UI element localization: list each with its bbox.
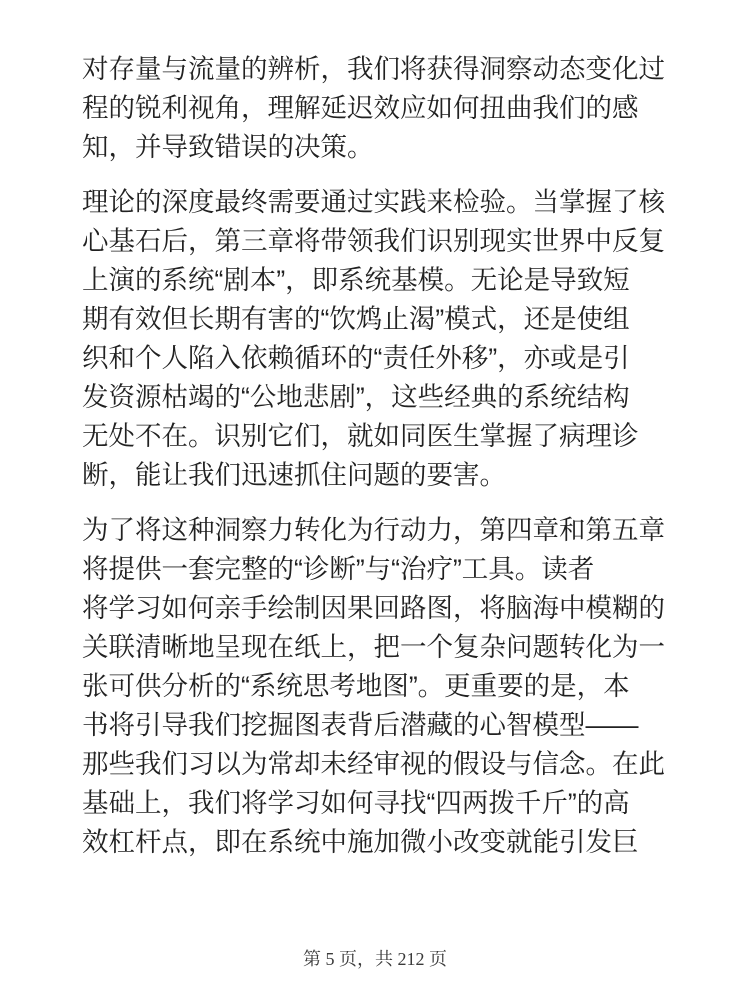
- text-line: 上演的系统“剧本”，即系统基模。无论是导致短: [82, 261, 672, 300]
- text-line: 无处不在。识别它们，就如同医生掌握了病理诊: [82, 417, 672, 456]
- paragraph: 对存量与流量的辨析，我们将获得洞察动态变化过程的锐利视角，理解延迟效应如何扭曲我…: [82, 50, 672, 167]
- text-line: 发资源枯竭的“公地悲剧”，这些经典的系统结构: [82, 378, 672, 417]
- text-line: 关联清晰地呈现在纸上，把一个复杂问题转化为一: [82, 628, 672, 667]
- text-line: 那些我们习以为常却未经审视的假设与信念。在此: [82, 745, 672, 784]
- text-line: 织和个人陷入依赖循环的“责任外移”，亦或是引: [82, 339, 672, 378]
- page-number-indicator: 第 5 页，共 212 页: [0, 946, 750, 972]
- text-line: 将学习如何亲手绘制因果回路图，将脑海中模糊的: [82, 589, 672, 628]
- paragraph: 为了将这种洞察力转化为行动力，第四章和第五章将提供一套完整的“诊断”与“治疗”工…: [82, 511, 672, 862]
- text-line: 理论的深度最终需要通过实践来检验。当掌握了核: [82, 183, 672, 222]
- text-line: 书将引导我们挖掘图表背后潜藏的心智模型——: [82, 706, 672, 745]
- text-line: 效杠杆点，即在系统中施加微小改变就能引发巨: [82, 823, 672, 862]
- text-line: 为了将这种洞察力转化为行动力，第四章和第五章: [82, 511, 672, 550]
- text-line: 知，并导致错误的决策。: [82, 128, 672, 167]
- text-line: 对存量与流量的辨析，我们将获得洞察动态变化过: [82, 50, 672, 89]
- paragraph: 理论的深度最终需要通过实践来检验。当掌握了核心基石后，第三章将带领我们识别现实世…: [82, 183, 672, 495]
- page-text-body: 对存量与流量的辨析，我们将获得洞察动态变化过程的锐利视角，理解延迟效应如何扭曲我…: [82, 50, 672, 878]
- text-line: 期有效但长期有害的“饮鸩止渴”模式，还是使组: [82, 300, 672, 339]
- text-line: 程的锐利视角，理解延迟效应如何扭曲我们的感: [82, 89, 672, 128]
- book-page: 对存量与流量的辨析，我们将获得洞察动态变化过程的锐利视角，理解延迟效应如何扭曲我…: [0, 0, 750, 1000]
- text-line: 基础上，我们将学习如何寻找“四两拨千斤”的高: [82, 784, 672, 823]
- text-line: 将提供一套完整的“诊断”与“治疗”工具。读者: [82, 550, 672, 589]
- text-line: 张可供分析的“系统思考地图”。更重要的是，本: [82, 667, 672, 706]
- text-line: 断，能让我们迅速抓住问题的要害。: [82, 456, 672, 495]
- text-line: 心基石后，第三章将带领我们识别现实世界中反复: [82, 222, 672, 261]
